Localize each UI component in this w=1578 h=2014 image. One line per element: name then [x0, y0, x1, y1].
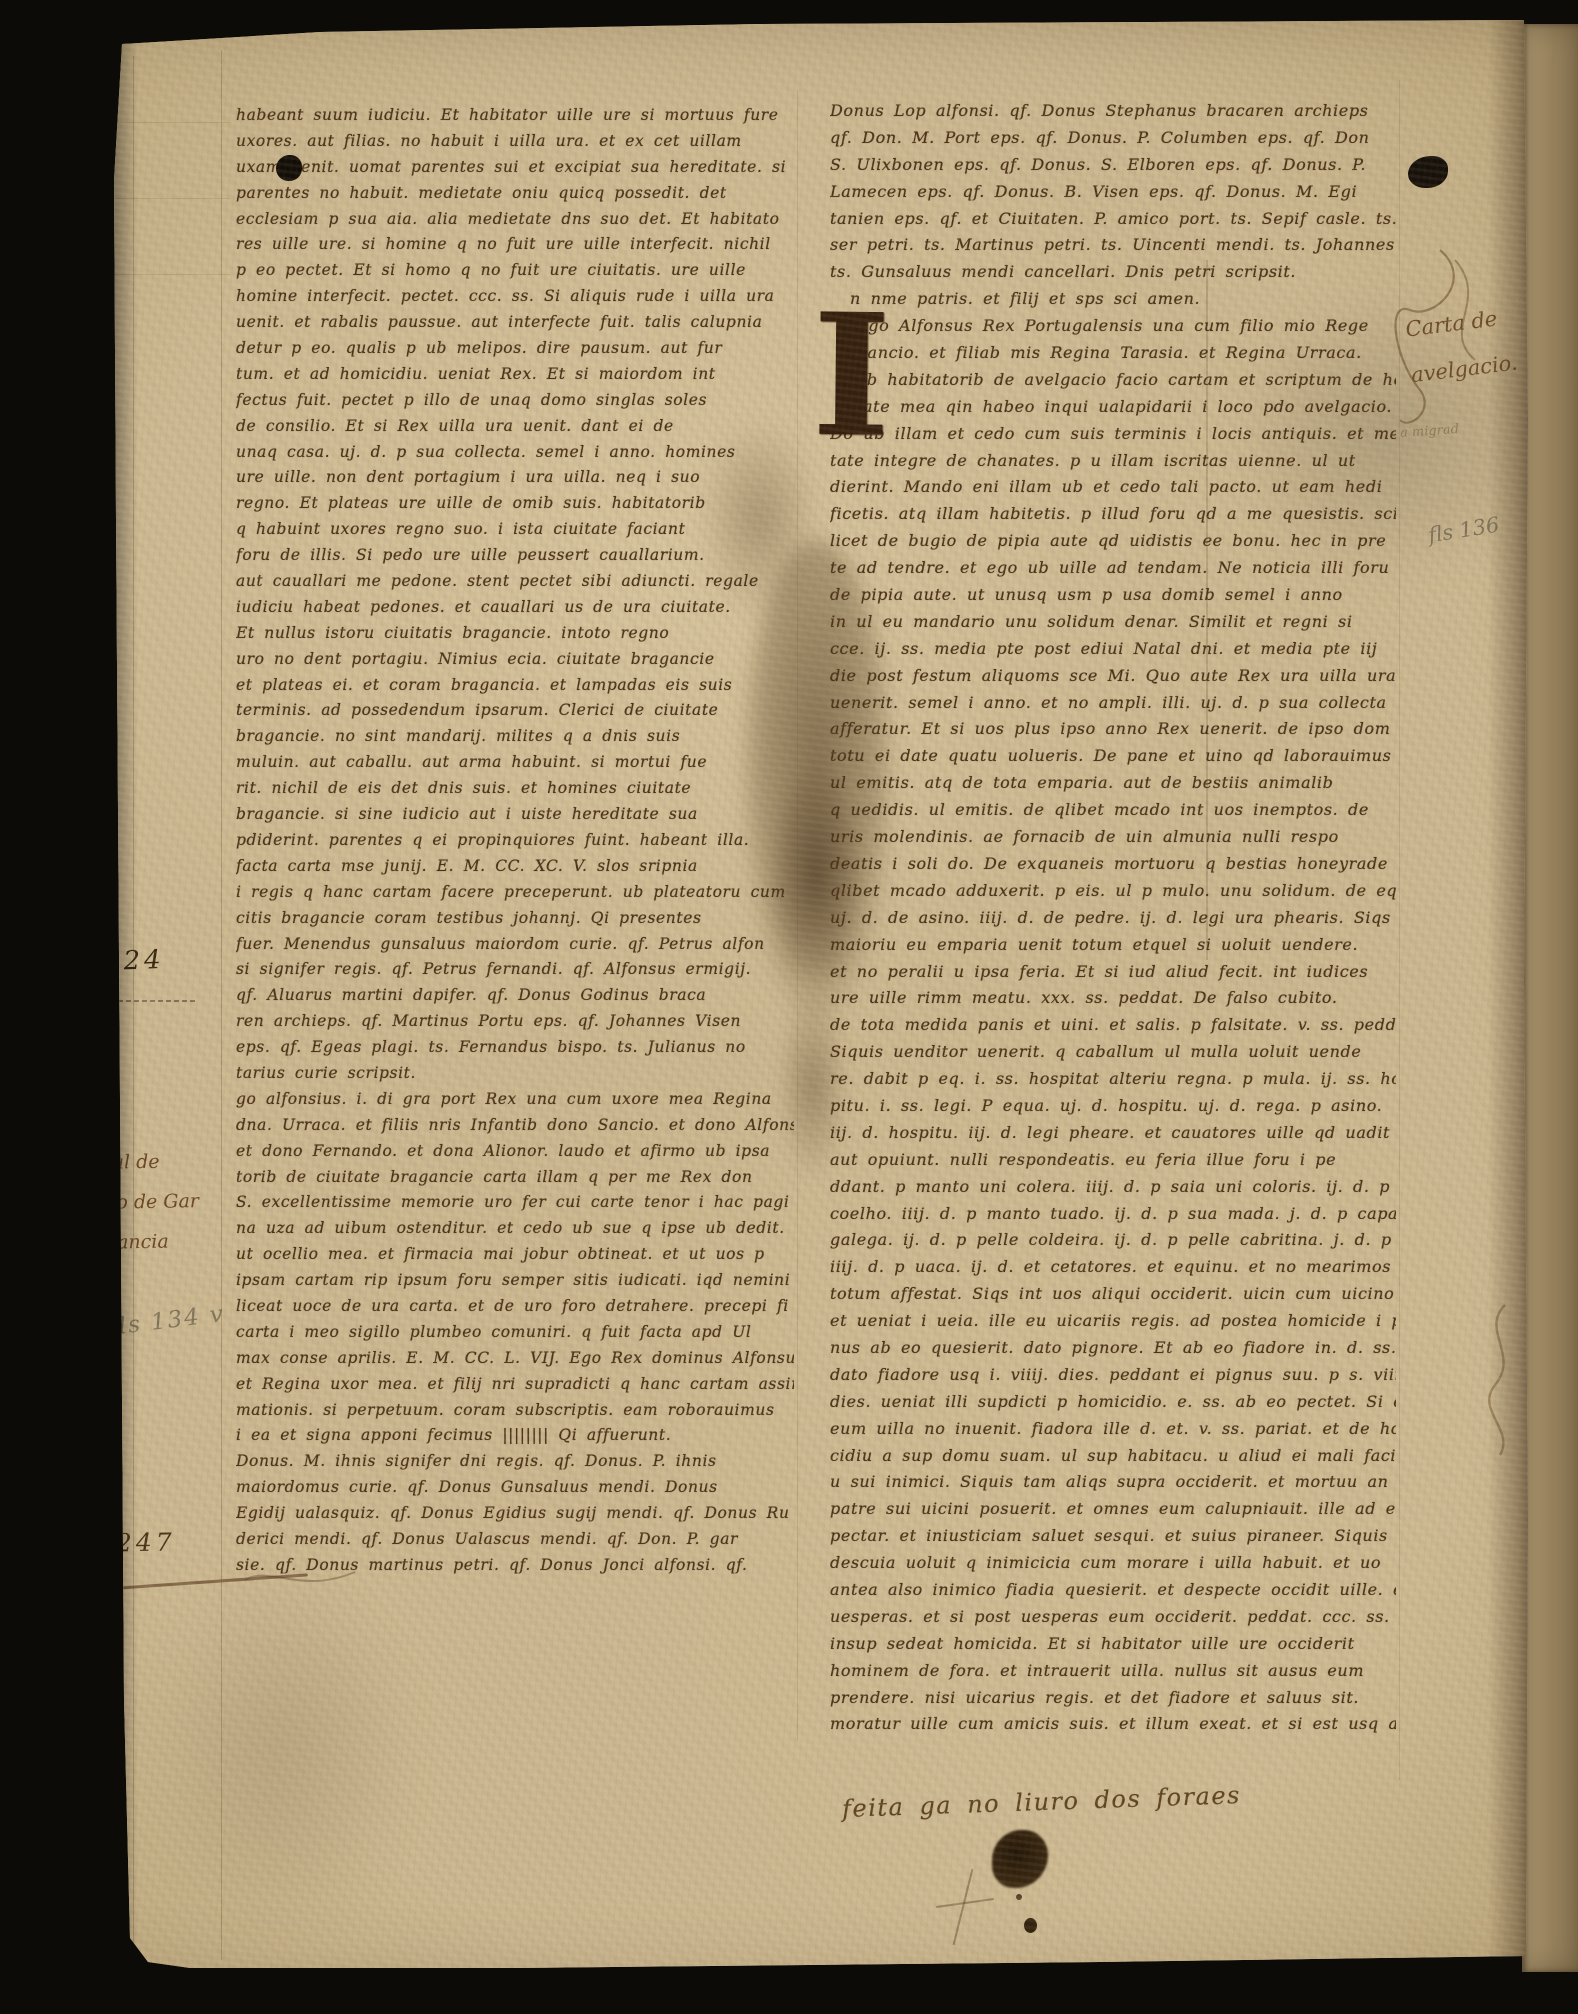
margin-title-note: tital de fojo de Gar guancia — [91, 1141, 200, 1263]
manuscript-line: i ea et signa apponi fecimus |||||||| Qi… — [236, 1423, 794, 1449]
manuscript-line: regno. Et plateas ure uille de omib suis… — [236, 491, 794, 517]
manuscript-line: n nme patris. et filij et sps sci amen. — [830, 286, 1396, 313]
manuscript-line: tum. et ad homicidiu. ueniat Rex. Et si … — [236, 362, 794, 388]
manuscript-line: Do ub illam et cedo cum suis terminis i … — [830, 421, 1396, 448]
margin-note-faint: a migrad — [1400, 422, 1460, 441]
manuscript-line: licet de bugio de pipia aute qd uidistis… — [830, 528, 1396, 555]
manuscript-line: descuia uoluit q inimicicia cum morare i… — [830, 1550, 1396, 1577]
manuscript-line: S. Ulixbonen eps. qf. Donus. S. Elboren … — [830, 152, 1396, 179]
manuscript-line: in ul eu mandario unu solidum denar. Sim… — [830, 609, 1396, 636]
manuscript-line: facta carta mse junij. E. M. CC. XC. V. … — [236, 854, 794, 880]
manuscript-line: hominem de fora. et intrauerit uilla. nu… — [830, 1658, 1396, 1685]
manuscript-line: parentes no habuit. medietate oniu quicq… — [236, 181, 794, 207]
manuscript-line: cce. ij. ss. media pte post ediui Natal … — [830, 636, 1396, 663]
page-edge-shadow-left — [108, 20, 138, 1968]
illuminated-initial-i: I — [811, 300, 847, 462]
manuscript-line: bragancie. si sine iudicio aut i uiste h… — [236, 802, 794, 828]
cross-doodle-stroke-1 — [953, 1869, 974, 1945]
manuscript-line: dato fiadore usq i. viiij. dies. peddant… — [830, 1362, 1396, 1389]
manuscript-line: qf. Aluarus martini dapifer. qf. Donus G… — [236, 983, 794, 1009]
manuscript-line: et plateas ei. et coram bragancia. et la… — [236, 673, 794, 699]
manuscript-line: rit. nichil de eis det dnis suis. et hom… — [236, 776, 794, 802]
pencil-underline — [102, 1000, 198, 1002]
ink-speck — [1016, 1894, 1022, 1900]
manuscript-line: ren archieps. qf. Martinus Portu eps. qf… — [236, 1009, 794, 1035]
manuscript-line: Ego Alfonsus Rex Portugalensis una cum f… — [830, 313, 1396, 340]
margin-rule-right — [1399, 80, 1400, 1780]
manuscript-line: max conse aprilis. E. M. CC. L. VIJ. Ego… — [236, 1346, 794, 1372]
manuscript-line: dierint. Mando eni illam ub et cedo tali… — [830, 474, 1396, 501]
manuscript-line: Sancio. et filiab mis Regina Tarasia. et… — [830, 340, 1396, 367]
ink-blot-bottom — [992, 1830, 1048, 1888]
manuscript-line: iij. d. hospitu. iij. d. legi pheare. et… — [830, 1120, 1396, 1147]
manuscript-line: insup sedeat homicida. Et si habitator u… — [830, 1631, 1396, 1658]
manuscript-line: carta i meo sigillo plumbeo comuniri. q … — [236, 1320, 794, 1346]
manuscript-line: detur p eo. qualis p ub melipos. dire pa… — [236, 336, 794, 362]
manuscript-line: ut ocellio mea. et firmacia mai jobur ob… — [236, 1242, 794, 1268]
margin-rule-left-inner — [221, 50, 222, 1960]
text-column-left: habeant suum iudiciu. Et habitator uille… — [236, 103, 794, 1579]
manuscript-line: ecclesiam p sua aia. alia medietate dns … — [236, 207, 794, 233]
manuscript-line: uxam uenit. uomat parentes sui et excipi… — [236, 155, 794, 181]
manuscript-line: patre sui uicini posuerit. et omnes eum … — [830, 1496, 1396, 1523]
manuscript-line: de tota medida panis et uini. et salis. … — [830, 1012, 1396, 1039]
text-column-right: Donus Lop alfonsi. qf. Donus Stephanus b… — [830, 98, 1396, 1738]
manuscript-photo: { "doc": { "kind": "medieval manuscript … — [0, 0, 1578, 2014]
manuscript-line: tate integre de chanates. p u illam iscr… — [830, 448, 1396, 475]
ink-blot-top-right — [1408, 156, 1448, 188]
manuscript-line: liceat uoce de ura carta. et de uro foro… — [236, 1294, 794, 1320]
manuscript-line: res uille ure. si homine q no fuit ure u… — [236, 232, 794, 258]
manuscript-line: et Regina uxor mea. et filij nri supradi… — [236, 1372, 794, 1398]
manuscript-line: mationis. si perpetuum. coram subscripti… — [236, 1398, 794, 1424]
manuscript-line: tate mea qin habeo inqui ualapidarii i l… — [830, 394, 1396, 421]
column-rule-center — [797, 90, 798, 1740]
manuscript-line: foru de illis. Si pedo ure uille peusser… — [236, 543, 794, 569]
manuscript-line: prendere. nisi uicarius regis. et det fi… — [830, 1685, 1396, 1712]
margin-note-line: fojo de Gar — [92, 1181, 200, 1223]
manuscript-line: uxores. aut filias. no habuit i uilla ur… — [236, 129, 794, 155]
manuscript-line: dna. Urraca. et filiis nris Infantib don… — [236, 1113, 794, 1139]
manuscript-line: de pipia aute. ut unusq usm p usa domib … — [830, 582, 1396, 609]
manuscript-line: ficetis. atq illam habitetis. p illud fo… — [830, 501, 1396, 528]
manuscript-line: ipsam cartam rip ipsum foru semper sitis… — [236, 1268, 794, 1294]
manuscript-line: tanien eps. qf. et Ciuitaten. P. amico p… — [830, 206, 1396, 233]
manuscript-line: maioriu eu emparia uenit totum etquel si… — [830, 932, 1396, 959]
manuscript-line: cidiu a sup domu suam. ul sup habitacu. … — [830, 1443, 1396, 1470]
manuscript-line: i regis q hanc cartam facere preceperunt… — [236, 880, 794, 906]
manuscript-line: qf. Don. M. Port eps. qf. Donus. P. Colu… — [830, 125, 1396, 152]
manuscript-line: ddant. p manto uni colera. iiij. d. p sa… — [830, 1174, 1396, 1201]
manuscript-line: ure uille. non dent portagium i ura uill… — [236, 465, 794, 491]
manuscript-line: Et nullus istoru ciuitatis bragancie. in… — [236, 621, 794, 647]
manuscript-line: antea also inimico fiadia quesierit. et … — [830, 1577, 1396, 1604]
manuscript-line: aut opuiunt. nulli respondeatis. eu feri… — [830, 1147, 1396, 1174]
adjacent-folio-edge — [1522, 24, 1578, 1972]
manuscript-line: ts. Gunsaluus mendi cancellari. Dnis pet… — [830, 259, 1396, 286]
manuscript-line: ser petri. ts. Martinus petri. ts. Uince… — [830, 232, 1396, 259]
manuscript-line: afferatur. Et si uos plus ipso anno Rex … — [830, 716, 1396, 743]
manuscript-line: homine interfecit. pectet. ccc. ss. Si a… — [236, 284, 794, 310]
manuscript-line: unaq casa. uj. d. p sua collecta. semel … — [236, 440, 794, 466]
manuscript-line: pectar. et iniusticiam saluet sesqui. et… — [830, 1523, 1396, 1550]
manuscript-line: aut cauallari me pedone. stent pectet si… — [236, 569, 794, 595]
manuscript-line: coelho. iiij. d. p manto tuado. ij. d. p… — [830, 1201, 1396, 1228]
manuscript-line: eum uilla no inuenit. fiadora ille d. et… — [830, 1416, 1396, 1443]
page-fold-shadow-right — [1488, 20, 1528, 1960]
margin-note-line: tital de — [91, 1141, 199, 1183]
manuscript-line: citis bragancie coram testibus johannj. … — [236, 906, 794, 932]
manuscript-line: dies. ueniat illi supdicti p homicidio. … — [830, 1389, 1396, 1416]
manuscript-line: ub habitatorib de avelgacio facio cartam… — [830, 367, 1396, 394]
manuscript-line: go alfonsius. i. di gra port Rex una cum… — [236, 1087, 794, 1113]
manuscript-line: habeant suum iudiciu. Et habitator uille… — [236, 103, 794, 129]
manuscript-line: q habuint uxores regno suo. i ista ciuit… — [236, 517, 794, 543]
manuscript-line: uenit. et rabalis paussue. aut interfect… — [236, 310, 794, 336]
manuscript-line: muluin. aut caballu. aut arma habuint. s… — [236, 750, 794, 776]
manuscript-line: torib de ciuitate bragancie carta illam … — [236, 1165, 794, 1191]
manuscript-line: ure uille rimm meatu. xxx. ss. peddat. D… — [830, 985, 1396, 1012]
manuscript-line: uro no dent portagiu. Nimius ecia. ciuit… — [236, 647, 794, 673]
manuscript-line: Lamecen eps. qf. Donus. B. Visen eps. qf… — [830, 179, 1396, 206]
manuscript-line: na uza ad uibum ostenditur. et cedo ub s… — [236, 1216, 794, 1242]
discoloration-bottom-left — [150, 1580, 410, 1920]
manuscript-line: pitu. i. ss. legi. P equa. uj. d. hospit… — [830, 1093, 1396, 1120]
manuscript-line: ul emitis. atq de tota emparia. aut de b… — [830, 770, 1396, 797]
cross-doodle-stroke-2 — [936, 1898, 994, 1908]
manuscript-line: u sui inimici. Siquis tam aliqs supra oc… — [830, 1469, 1396, 1496]
manuscript-line: uenerit. semel i anno. et no ampli. illi… — [830, 690, 1396, 717]
parchment-page: habeant suum iudiciu. Et habitator uille… — [0, 0, 1578, 2014]
manuscript-line: si signifer regis. qf. Petrus fernandi. … — [236, 957, 794, 983]
manuscript-line: bragancie. no sint mandarij. milites q a… — [236, 724, 794, 750]
manuscript-line: Siquis uenditor uenerit. q caballum ul m… — [830, 1039, 1396, 1066]
manuscript-line: iudiciu habeat pedones. et cauallari us … — [236, 595, 794, 621]
manuscript-line: die post festum aliquoms sce Mi. Quo aut… — [830, 663, 1396, 690]
manuscript-line: Donus Lop alfonsi. qf. Donus Stephanus b… — [830, 98, 1396, 125]
margin-note-line: guancia — [92, 1221, 200, 1263]
manuscript-line: Donus. M. ihnis signifer dni regis. qf. … — [236, 1449, 794, 1475]
manuscript-line: re. dabit p eq. i. ss. hospitat alteriu … — [830, 1066, 1396, 1093]
manuscript-line: q uedidis. ul emitis. de qlibet mcado in… — [830, 797, 1396, 824]
manuscript-line: deatis i soli do. De exquaneis mortuoru … — [830, 851, 1396, 878]
manuscript-line: uj. d. de asino. iiij. d. de pedre. ij. … — [830, 905, 1396, 932]
manuscript-line: sie. qf. Donus martinus petri. qf. Donus… — [236, 1553, 794, 1579]
manuscript-line: moratur uille cum amicis suis. et illum … — [830, 1711, 1396, 1738]
manuscript-line: iiij. d. p uaca. ij. d. et cetatores. et… — [830, 1254, 1396, 1281]
manuscript-line: et ueniat i ueia. ille eu uicariis regis… — [830, 1308, 1396, 1335]
manuscript-line: tarius curie scripsit. — [236, 1061, 794, 1087]
manuscript-line: eps. qf. Egeas plagi. ts. Fernandus bisp… — [236, 1035, 794, 1061]
manuscript-line: fuer. Menendus gunsaluus maiordom curie.… — [236, 932, 794, 958]
manuscript-line: uris molendinis. ae fornacib de uin almu… — [830, 824, 1396, 851]
bottom-archival-note: feita ga no liuro dos foraes — [842, 1781, 1242, 1823]
manuscript-line: Egidij ualasquiz. qf. Donus Egidius sugi… — [236, 1501, 794, 1527]
ink-underline — [118, 1573, 308, 1589]
manuscript-line: uesperas. et si post uesperas eum occide… — [830, 1604, 1396, 1631]
ink-dot-bottom — [1024, 1918, 1037, 1933]
manuscript-line: nus ab eo quesierit. dato pignore. Et ab… — [830, 1335, 1396, 1362]
manuscript-line: galega. ij. d. p pelle coldeira. ij. d. … — [830, 1227, 1396, 1254]
manuscript-line: totu ei date quatu uolueris. De pane et … — [830, 743, 1396, 770]
manuscript-line: te ad tendre. et ego ub uille ad tendam.… — [830, 555, 1396, 582]
manuscript-line: de consilio. Et si Rex uilla ura uenit. … — [236, 414, 794, 440]
manuscript-line: et dono Fernando. et dona Alionor. laudo… — [236, 1139, 794, 1165]
manuscript-line: S. excellentissime memorie uro fer cui c… — [236, 1190, 794, 1216]
manuscript-line: derici mendi. qf. Donus Ualascus mendi. … — [236, 1527, 794, 1553]
manuscript-line: terminis. ad possedendum ipsarum. Cleric… — [236, 698, 794, 724]
manuscript-line: totum affestat. Siqs int uos aliqui occi… — [830, 1281, 1396, 1308]
manuscript-line: fectus fuit. pectet p illo de unaq domo … — [236, 388, 794, 414]
manuscript-line: qlibet mcado adduxerit. p eis. ul p mulo… — [830, 878, 1396, 905]
manuscript-line: pdiderint. parentes q ei propinquiores f… — [236, 828, 794, 854]
manuscript-line: maiordomus curie. qf. Donus Gunsaluus me… — [236, 1475, 794, 1501]
manuscript-line: p eo pectet. Et si homo q no fuit ure ci… — [236, 258, 794, 284]
manuscript-line: et no peralii u ipsa feria. Et si iud al… — [830, 959, 1396, 986]
